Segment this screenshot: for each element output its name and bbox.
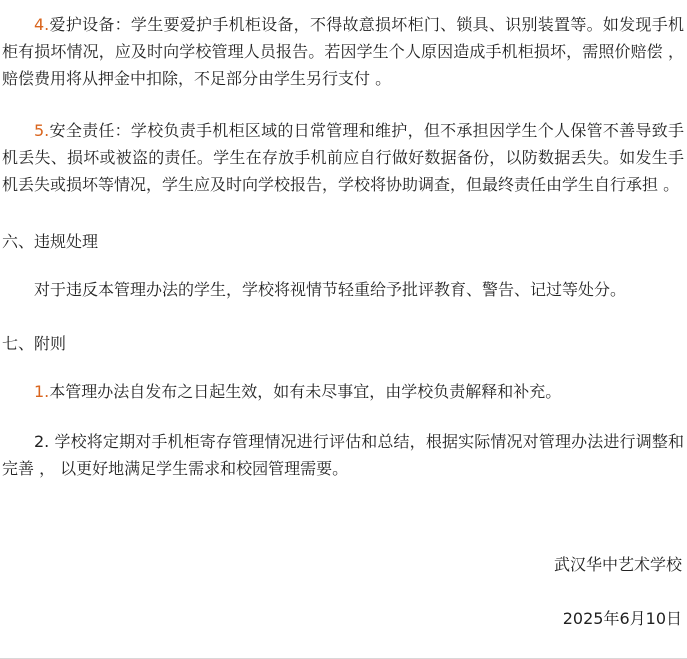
clause-5-number: 5.: [34, 121, 49, 140]
supplementary-item-2-number: 2.: [34, 432, 55, 451]
supplementary-item-2-text: 学校将定期对手机柜寄存管理情况进行评估和总结，根据实际情况对管理办法进行调整和完…: [2, 432, 684, 478]
clause-5-paragraph: 5.安全责任：学校负责手机柜区域的日常管理和维护，但不承担因学生个人保管不善导致…: [2, 117, 684, 198]
section-heading-violation-handling: 六、违规处理: [2, 228, 684, 255]
section-heading-supplementary: 七、附则: [2, 330, 684, 357]
supplementary-item-1-text: 本管理办法自发布之日起生效，如有未尽事宜，由学校负责解释和补充。: [49, 382, 561, 401]
supplementary-item-1-number: 1.: [34, 382, 49, 401]
signature-date: 2025年6月10日: [2, 605, 684, 632]
document-page: 4.爱护设备：学生要爱护手机柜设备，不得故意损坏柜门、锁具、识别装置等。如发现手…: [0, 0, 687, 659]
clause-5-text: 安全责任：学校负责手机柜区域的日常管理和维护，但不承担因学生个人保管不善导致手机…: [2, 121, 684, 194]
supplementary-item-2: 2. 学校将定期对手机柜寄存管理情况进行评估和总结，根据实际情况对管理办法进行调…: [2, 428, 684, 482]
supplementary-item-1: 1.本管理办法自发布之日起生效，如有未尽事宜，由学校负责解释和补充。: [2, 378, 684, 405]
violation-handling-paragraph: 对于违反本管理办法的学生，学校将视情节轻重给予批评教育、警告、记过等处分。: [2, 276, 684, 303]
clause-4-text: 爱护设备：学生要爱护手机柜设备，不得故意损坏柜门、锁具、识别装置等。如发现手机柜…: [2, 15, 684, 88]
violation-handling-text: 对于违反本管理办法的学生，学校将视情节轻重给予批评教育、警告、记过等处分。: [34, 280, 626, 299]
signature-school-name: 武汉华中艺术学校: [2, 551, 684, 578]
clause-4-number: 4.: [34, 15, 49, 34]
clause-4-paragraph: 4.爱护设备：学生要爱护手机柜设备，不得故意损坏柜门、锁具、识别装置等。如发现手…: [2, 11, 684, 92]
